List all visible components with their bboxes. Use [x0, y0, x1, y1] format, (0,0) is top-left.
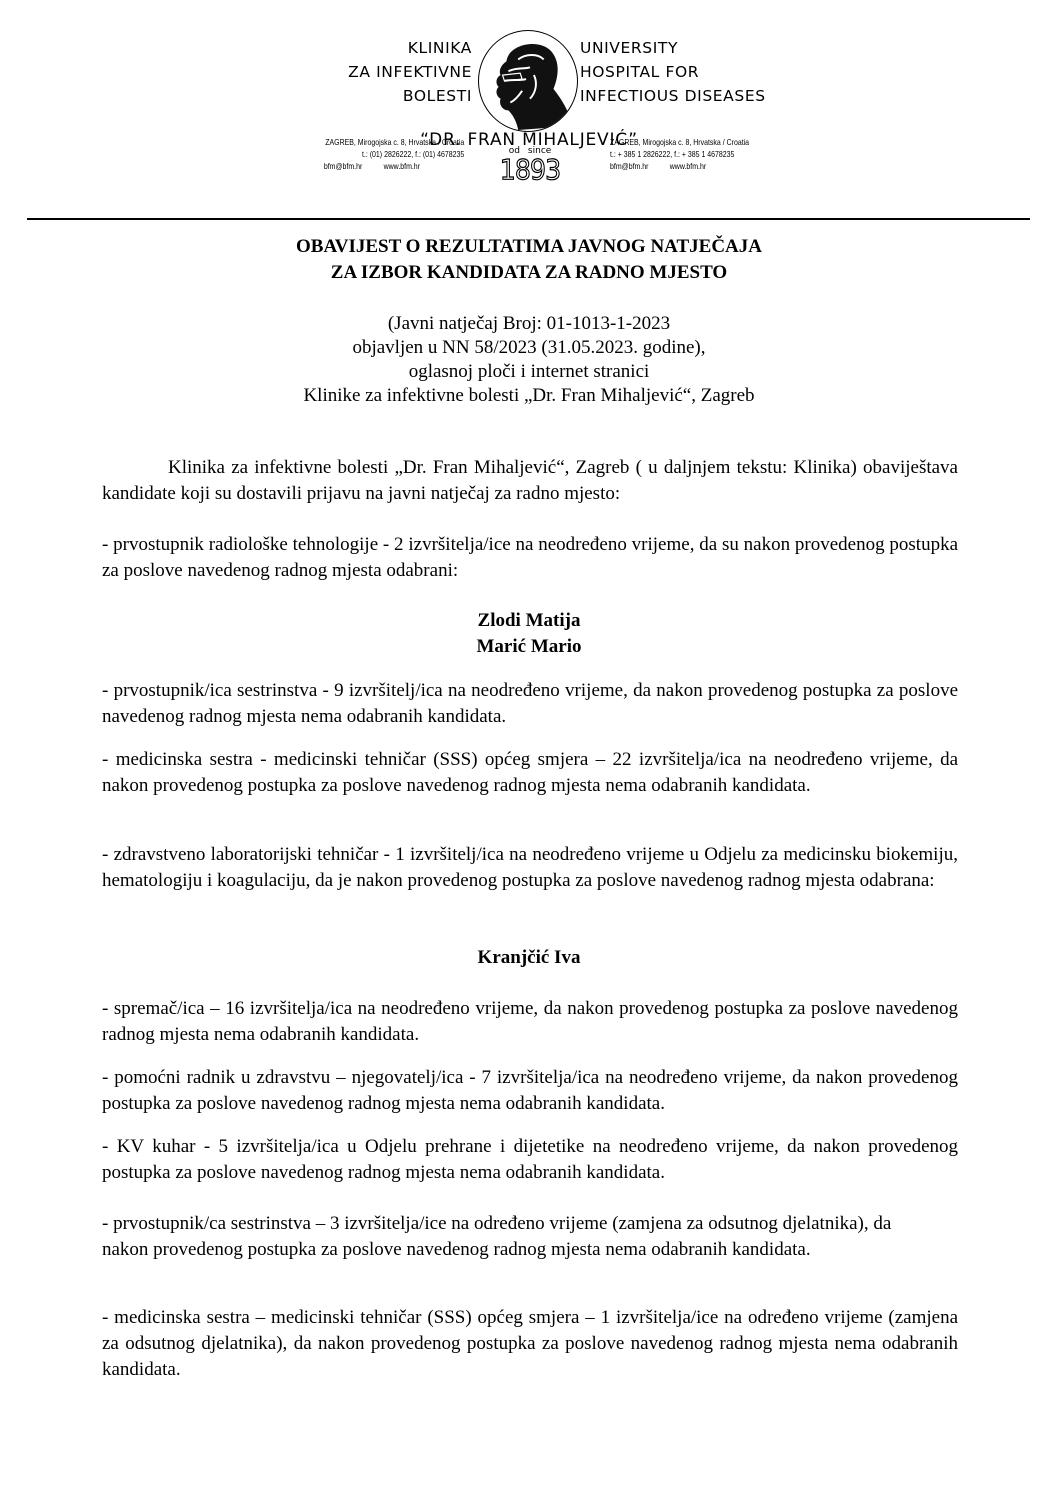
header-divider [27, 218, 1030, 220]
letterhead-left-name: KLINIKA ZA INFEKTIVNE BOLESTI [348, 36, 472, 108]
selected-candidates: Zlodi Matija Marić Mario [0, 608, 1058, 660]
position-paragraph: - KV kuhar - 5 izvršitelja/ica u Odjelu … [102, 1134, 958, 1186]
document-title: OBAVIJEST O REZULTATIMA JAVNOG NATJEČAJA… [0, 234, 1058, 286]
position-paragraph: - prvostupnik/ica sestrinstva - 9 izvrši… [102, 678, 958, 730]
letterhead-left-line: BOLESTI [348, 84, 472, 108]
letterhead-right-line: UNIVERSITY [580, 36, 766, 60]
website-text: www.bfm.hr [670, 161, 706, 171]
subtitle-line: (Javni natječaj Broj: 01-1013-1-2023 [0, 312, 1058, 336]
address-line: ZAGREB, Mirogojska c. 8, Hrvatska / Croa… [610, 136, 749, 148]
document-subtitle: (Javni natječaj Broj: 01-1013-1-2023 obj… [0, 312, 1058, 408]
address-croatian: ZAGREB, Mirogojska c. 8, Hrvatska / Croa… [324, 136, 464, 172]
subtitle-line: Klinike za infektivne bolesti „Dr. Fran … [0, 384, 1058, 408]
selected-candidates: Kranjčić Iva [0, 945, 1058, 971]
candidate-name: Zlodi Matija [0, 608, 1058, 634]
document-page: KLINIKA ZA INFEKTIVNE BOLESTI UNIVERSITY… [0, 0, 1058, 1497]
portrait-medallion-icon [478, 30, 578, 132]
phone-line: t.: (01) 2826222, f.: (01) 4678235 [324, 148, 464, 160]
position-paragraph: - zdravstveno laboratorijski tehničar - … [102, 842, 958, 894]
position-paragraph: - medicinska sestra – medicinski tehniča… [102, 1305, 958, 1383]
position-paragraph: - spremač/ica – 16 izvršitelja/ica na ne… [102, 996, 958, 1048]
website-text: www.bfm.hr [383, 161, 419, 171]
letterhead-right-line: INFECTIOUS DISEASES [580, 84, 766, 108]
email-text: bfm@bfm.hr [324, 161, 362, 171]
letterhead-left-line: ZA INFEKTIVNE [348, 60, 472, 84]
letterhead-right-name: UNIVERSITY HOSPITAL FOR INFECTIOUS DISEA… [580, 36, 766, 108]
candidate-name: Marić Mario [0, 634, 1058, 660]
address-english: ZAGREB, Mirogojska c. 8, Hrvatska / Croa… [610, 136, 749, 172]
subtitle-line: oglasnoj ploči i internet stranici [0, 360, 1058, 384]
intro-paragraph: Klinika za infektivne bolesti „Dr. Fran … [102, 455, 958, 507]
phone-line: t.: + 385 1 2826222, f.: + 385 1 4678235 [610, 148, 749, 160]
title-line: OBAVIJEST O REZULTATIMA JAVNOG NATJEČAJA [0, 234, 1058, 260]
address-line: ZAGREB, Mirogojska c. 8, Hrvatska / Croa… [324, 136, 464, 148]
letterhead-left-line: KLINIKA [348, 36, 472, 60]
position-paragraph: - medicinska sestra - medicinski tehniča… [102, 747, 958, 799]
founding-year: 1893 [498, 154, 563, 186]
position-paragraph: - pomoćni radnik u zdravstvu – njegovate… [102, 1065, 958, 1117]
position-paragraph: - prvostupnik/ca sestrinstva – 3 izvršit… [102, 1211, 892, 1263]
subtitle-line: objavljen u NN 58/2023 (31.05.2023. godi… [0, 336, 1058, 360]
title-line: ZA IZBOR KANDIDATA ZA RADNO MJESTO [0, 260, 1058, 286]
email-text: bfm@bfm.hr [610, 161, 648, 171]
position-paragraph: - prvostupnik radiološke tehnologije - 2… [102, 532, 958, 584]
candidate-name: Kranjčić Iva [0, 945, 1058, 971]
letterhead-right-line: HOSPITAL FOR [580, 60, 766, 84]
